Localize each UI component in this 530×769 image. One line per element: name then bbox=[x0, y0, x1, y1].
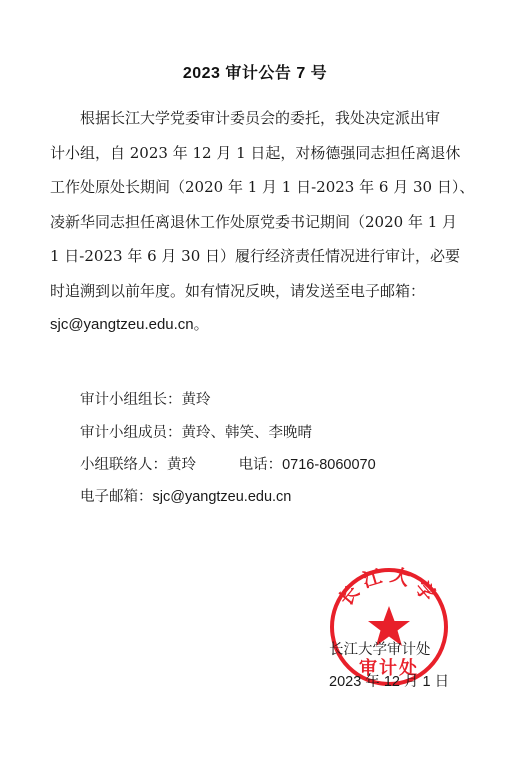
signature-org: 长江大学审计处 bbox=[329, 638, 431, 659]
body-line: 工作处原处长期间（2020 年 1 月 1 日-2023 年 6 月 30 日）… bbox=[50, 170, 472, 205]
team-leader-row: 审计小组组长：黄玲 bbox=[80, 388, 211, 409]
team-members-value: 黄玲、韩笑、李晚晴 bbox=[182, 425, 313, 441]
email-label: 电子邮箱： bbox=[80, 489, 153, 505]
announcement-body: 根据长江大学党委审计委员会的委托，我处决定派出审 计小组，自 2023 年 12… bbox=[50, 101, 472, 343]
signature-date: 2023 年 12 月 1 日 bbox=[329, 670, 449, 691]
team-members-row: 审计小组成员：黄玲、韩笑、李晚晴 bbox=[80, 421, 312, 442]
seal-top-text: 长江大学 bbox=[335, 566, 444, 610]
email-link[interactable]: sjc@yangtzeu.edu.cn bbox=[153, 489, 292, 505]
body-line: 1 日-2023 年 6 月 30 日）履行经济责任情况进行审计，必要 bbox=[50, 239, 472, 274]
body-line: 时追溯到以前年度。如有情况反映，请发送至电子邮箱： bbox=[50, 274, 472, 309]
body-email-line: sjc@yangtzeu.edu.cn。 bbox=[50, 308, 472, 343]
svg-text:长江大学: 长江大学 bbox=[335, 566, 444, 610]
phone-label: 电话： bbox=[239, 457, 283, 473]
team-leader-label: 审计小组组长： bbox=[80, 392, 182, 408]
body-line: 凌新华同志担任离退休工作处原党委书记期间（2020 年 1 月 bbox=[50, 205, 472, 240]
body-line: 计小组，自 2023 年 12 月 1 日起，对杨德强同志担任离退休 bbox=[50, 136, 472, 171]
team-members-label: 审计小组成员： bbox=[80, 425, 182, 441]
team-leader-value: 黄玲 bbox=[182, 392, 211, 408]
contact-value: 黄玲 bbox=[167, 457, 196, 473]
body-line: 根据长江大学党委审计委员会的委托，我处决定派出审 bbox=[50, 101, 472, 136]
team-contact-row: 小组联络人：黄玲 电话：0716-8060070 bbox=[80, 453, 376, 474]
contact-label: 小组联络人： bbox=[80, 457, 167, 473]
document-page: 2023 审计公告 7 号 根据长江大学党委审计委员会的委托，我处决定派出审 计… bbox=[0, 0, 530, 769]
page-title: 2023 审计公告 7 号 bbox=[0, 60, 510, 83]
phone-value: 0716-8060070 bbox=[282, 457, 376, 473]
team-email-row: 电子邮箱：sjc@yangtzeu.edu.cn bbox=[80, 485, 291, 506]
